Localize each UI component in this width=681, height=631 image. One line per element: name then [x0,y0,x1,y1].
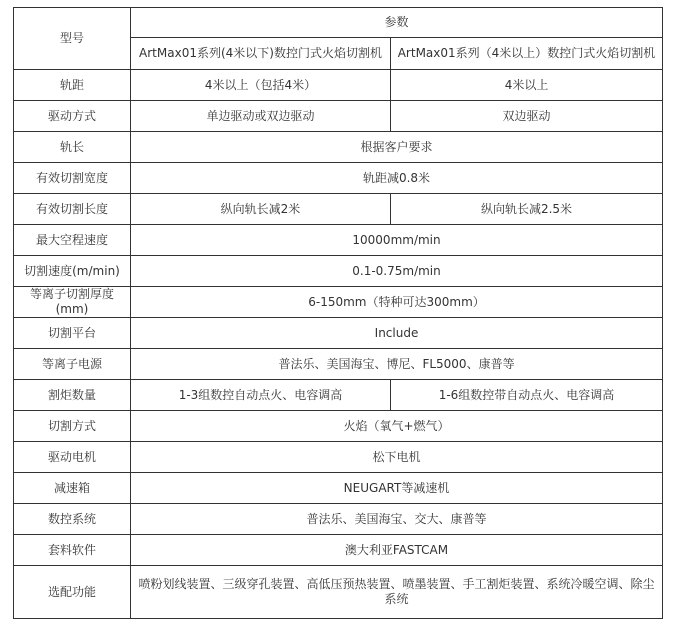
row-label: 轨长 [14,132,131,163]
row-label: 有效切割宽度 [14,163,131,194]
table-row: 选配功能 喷粉划线装置、三级穿孔装置、高低压预热装置、喷墨装置、手工割炬装置、系… [14,566,663,619]
table-row: 驱动方式 单边驱动或双边驱动 双边驱动 [14,101,663,132]
table-row: 最大空程速度 10000mm/min [14,225,663,256]
table-row: 切割方式 火焰（氧气+燃气） [14,411,663,442]
row-label: 切割平台 [14,318,131,349]
row-value: 澳大利亚FASTCAM [131,535,663,566]
row-value: Include [131,318,663,349]
table-row: 轨距 4米以上（包括4米） 4米以上 [14,70,663,101]
row-value-left: 4米以上（包括4米） [131,70,391,101]
row-label: 选配功能 [14,566,131,619]
spec-table: 型号 参数 ArtMax01系列(4米以下)数控门式火焰切割机 ArtMax01… [13,7,663,619]
row-value: 6-150mm（特种可达300mm） [131,287,663,318]
row-label: 切割方式 [14,411,131,442]
row-value-right: 纵向轨长减2.5米 [391,194,663,225]
row-value: 松下电机 [131,442,663,473]
row-value: 根据客户要求 [131,132,663,163]
row-label: 驱动电机 [14,442,131,473]
row-value-right: 1-6组数控带自动点火、电容调高 [391,380,663,411]
row-label: 割炬数量 [14,380,131,411]
row-value: 普法乐、美国海宝、交大、康普等 [131,504,663,535]
table-row: 有效切割长度 纵向轨长减2米 纵向轨长减2.5米 [14,194,663,225]
table-row: 减速箱 NEUGART等减速机 [14,473,663,504]
row-value-left: 1-3组数控自动点火、电容调高 [131,380,391,411]
row-value: 喷粉划线装置、三级穿孔装置、高低压预热装置、喷墨装置、手工割炬装置、系统冷暖空调… [131,566,663,619]
table-row-header: 型号 参数 [14,8,663,38]
table-row: 割炬数量 1-3组数控自动点火、电容调高 1-6组数控带自动点火、电容调高 [14,380,663,411]
table-row: 切割平台 Include [14,318,663,349]
table-row: 切割速度(m/min) 0.1-0.75m/min [14,256,663,287]
row-value: NEUGART等减速机 [131,473,663,504]
row-value: 0.1-0.75m/min [131,256,663,287]
table-row: 套料软件 澳大利亚FASTCAM [14,535,663,566]
row-value-right: 双边驱动 [391,101,663,132]
table-row: 数控系统 普法乐、美国海宝、交大、康普等 [14,504,663,535]
table-row: 有效切割宽度 轨距减0.8米 [14,163,663,194]
row-label: 套料软件 [14,535,131,566]
row-label: 数控系统 [14,504,131,535]
row-value-left: 单边驱动或双边驱动 [131,101,391,132]
row-label: 减速箱 [14,473,131,504]
row-label: 轨距 [14,70,131,101]
row-label: 最大空程速度 [14,225,131,256]
row-label: 驱动方式 [14,101,131,132]
model-header-label: 型号 [14,8,131,70]
row-value: 轨距减0.8米 [131,163,663,194]
row-label: 有效切割长度 [14,194,131,225]
row-label: 等离子切割厚度(mm) [14,287,131,318]
model-name-right: ArtMax01系列（4米以上）数控门式火焰切割机 [391,38,663,70]
row-value-right: 4米以上 [391,70,663,101]
table-row: 等离子电源 普法乐、美国海宝、博尼、FL5000、康普等 [14,349,663,380]
row-value-left: 纵向轨长减2米 [131,194,391,225]
model-name-left: ArtMax01系列(4米以下)数控门式火焰切割机 [131,38,391,70]
row-label: 切割速度(m/min) [14,256,131,287]
table-row: 等离子切割厚度(mm) 6-150mm（特种可达300mm） [14,287,663,318]
table-row: 驱动电机 松下电机 [14,442,663,473]
table-row: 轨长 根据客户要求 [14,132,663,163]
row-value: 火焰（氧气+燃气） [131,411,663,442]
param-header-label: 参数 [131,8,663,38]
row-value: 10000mm/min [131,225,663,256]
row-label: 等离子电源 [14,349,131,380]
row-value: 普法乐、美国海宝、博尼、FL5000、康普等 [131,349,663,380]
